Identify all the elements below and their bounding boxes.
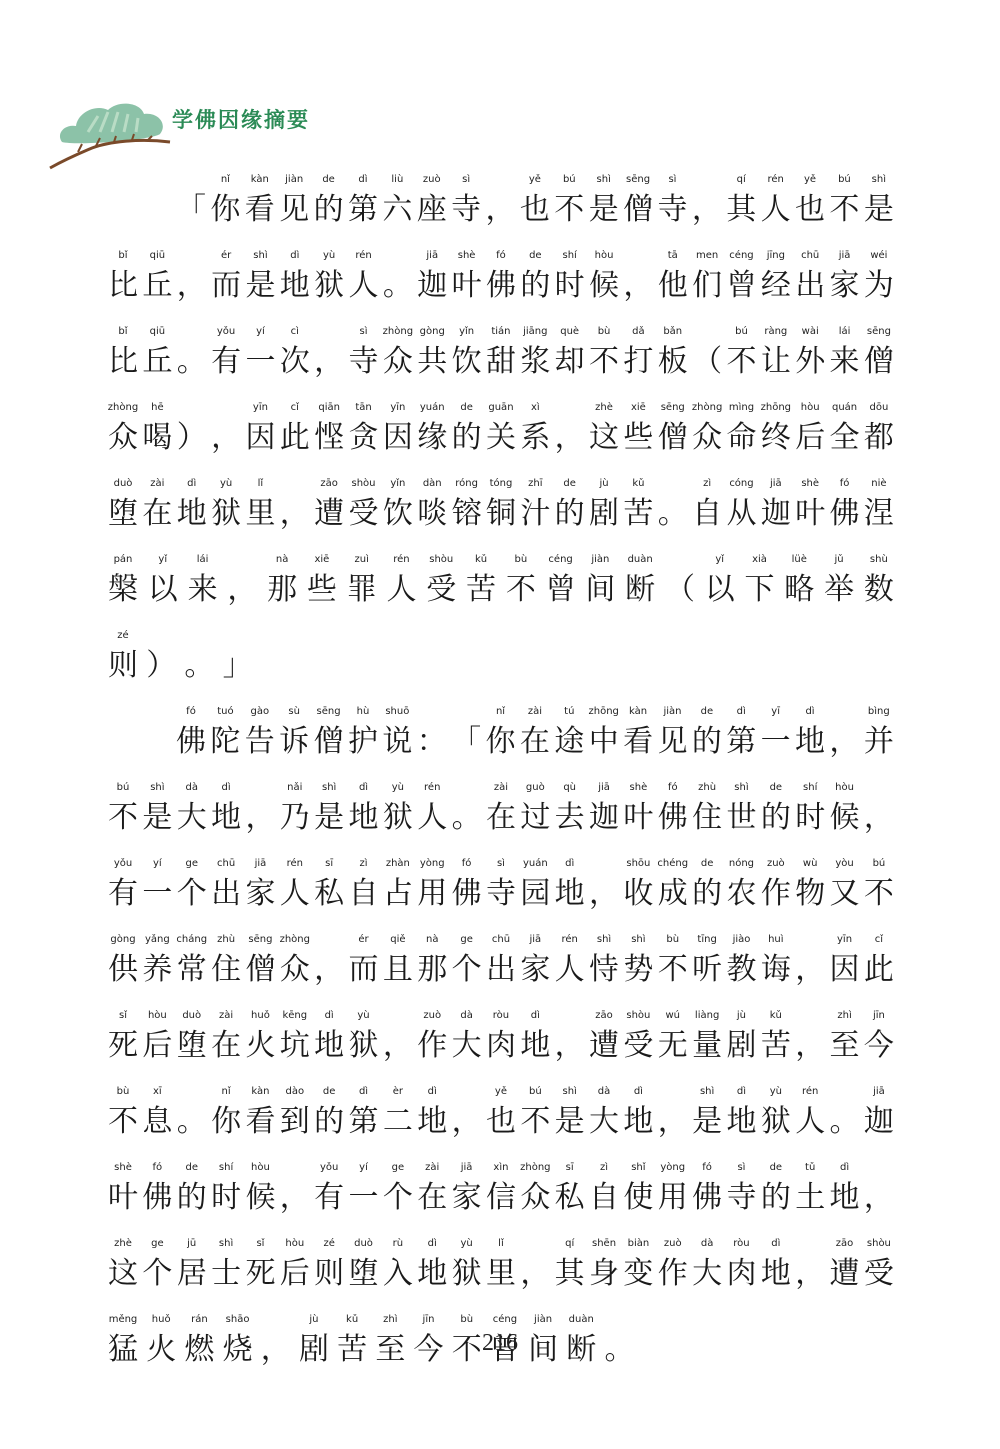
- hanzi: 有: [211, 340, 241, 384]
- pinyin: nóng: [729, 856, 754, 872]
- character-with-pinyin: dà大: [450, 1008, 484, 1068]
- pinyin: tān: [355, 400, 371, 416]
- hanzi: 剧: [726, 1024, 756, 1068]
- character-with-pinyin: shì是: [140, 780, 174, 840]
- hanzi: 物: [795, 872, 825, 916]
- character-with-pinyin: fó佛: [690, 1160, 724, 1220]
- hanzi: 中: [589, 720, 619, 764]
- pinyin: fó: [840, 476, 850, 492]
- pinyin: bú: [563, 172, 576, 188]
- hanzi: 曾: [726, 264, 756, 308]
- character-with-pinyin: lái来: [828, 324, 862, 384]
- pinyin: jiā: [770, 476, 782, 492]
- hanzi: 却: [555, 340, 585, 384]
- pinyin: sī: [325, 856, 333, 872]
- character-with-pinyin: hòu后: [793, 400, 827, 460]
- pinyin: shōu: [626, 856, 650, 872]
- hanzi: 坑: [280, 1024, 310, 1068]
- hanzi: 也: [486, 1100, 516, 1144]
- hanzi: 住: [692, 796, 722, 840]
- character-with-pinyin: chū出: [484, 932, 518, 992]
- pinyin: de: [460, 400, 473, 416]
- hanzi: 。: [177, 1100, 207, 1144]
- pinyin: kēng: [282, 1008, 307, 1024]
- character-with-pinyin: qiān悭: [312, 400, 346, 460]
- hanzi: 比: [108, 264, 138, 308]
- hanzi: 一: [142, 872, 172, 916]
- pinyin: yě: [529, 172, 541, 188]
- character-with-pinyin: zhè这: [106, 1236, 140, 1296]
- pinyin: sēng: [248, 932, 272, 948]
- character-with-pinyin: zuò作: [656, 1236, 690, 1296]
- character-with-pinyin: duò堕: [347, 1236, 381, 1296]
- hanzi: 数: [864, 568, 894, 612]
- character-with-pinyin: rén人: [759, 172, 793, 232]
- character-with-pinyin: yě也: [518, 172, 552, 232]
- hanzi: 们: [692, 264, 722, 308]
- pinyin: xiē: [314, 552, 329, 568]
- punctuation: ，: [862, 1160, 896, 1220]
- character-with-pinyin: zāo遭: [587, 1008, 621, 1068]
- hanzi: 信: [486, 1176, 516, 1220]
- pinyin: shì: [872, 172, 886, 188]
- pinyin: ér: [358, 932, 368, 948]
- punctuation: ，: [278, 1160, 312, 1220]
- hanzi: 板: [658, 340, 688, 384]
- character-with-pinyin: chū出: [793, 248, 827, 308]
- hanzi: 地: [830, 1176, 860, 1220]
- pinyin: shì: [597, 932, 611, 948]
- pinyin: huǒ: [251, 1008, 270, 1024]
- pinyin: shè: [630, 780, 648, 796]
- pinyin: nǐ: [496, 704, 505, 720]
- hanzi: ，: [555, 1024, 585, 1068]
- hanzi: 经: [761, 264, 791, 308]
- text-line: shè叶fó佛de的shí时hòu候，yǒu有yí一ge个zài在jiā家xìn…: [106, 1144, 896, 1220]
- pinyin: jù: [737, 1008, 746, 1024]
- hanzi: 肉: [486, 1024, 516, 1068]
- pinyin: yù: [392, 780, 404, 796]
- character-with-pinyin: zài在: [209, 1008, 243, 1068]
- character-with-pinyin: hòu候: [243, 1160, 277, 1220]
- character-with-pinyin: zhì至: [828, 1008, 862, 1068]
- pinyin: jiàn: [285, 172, 303, 188]
- pinyin: bù: [598, 324, 611, 340]
- character-with-pinyin: tián甜: [484, 324, 518, 384]
- hanzi: 苦: [761, 1024, 791, 1068]
- hanzi: 你: [486, 720, 516, 764]
- hanzi: 不: [864, 872, 894, 916]
- hanzi: 今: [864, 1024, 894, 1068]
- pinyin: zhè: [114, 1236, 132, 1252]
- hanzi: 是: [864, 188, 894, 232]
- hanzi: 迦: [761, 492, 791, 536]
- pinyin: fó: [668, 780, 678, 796]
- pinyin: zhì: [837, 1008, 851, 1024]
- hanzi: 因: [830, 948, 860, 992]
- pinyin: xī: [153, 1084, 162, 1100]
- hanzi: 涅: [864, 492, 894, 536]
- pinyin: duàn: [628, 552, 653, 568]
- character-with-pinyin: yīn因: [828, 932, 862, 992]
- pinyin: què: [560, 324, 579, 340]
- pinyin: kǔ: [346, 1312, 358, 1328]
- character-with-pinyin: de的: [690, 856, 724, 916]
- character-with-pinyin: jiāng浆: [518, 324, 552, 384]
- hanzi: 众: [383, 340, 413, 384]
- text-line: bú不shì是dà大dì地，nǎi乃shì是dì地yù狱rén人。zài在guò…: [106, 764, 896, 840]
- character-with-pinyin: pán槃: [106, 552, 140, 612]
- hanzi: 人: [555, 948, 585, 992]
- pinyin: dì: [771, 1236, 780, 1252]
- pinyin: jīn: [423, 1312, 435, 1328]
- character-with-pinyin: qí其: [553, 1236, 587, 1296]
- pinyin: zé: [323, 1236, 334, 1252]
- pinyin: yǒu: [217, 324, 235, 340]
- pinyin: zuò: [767, 856, 785, 872]
- hanzi: 家: [245, 872, 275, 916]
- character-with-pinyin: xiē些: [621, 400, 655, 460]
- character-with-pinyin: shí时: [793, 780, 827, 840]
- character-with-pinyin: quán全: [828, 400, 862, 460]
- punctuation: ，: [225, 552, 259, 612]
- hanzi: 受: [349, 492, 379, 536]
- hanzi: 因: [245, 416, 275, 460]
- character-with-pinyin: gòng供: [106, 932, 140, 992]
- character-with-pinyin: wéi为: [862, 248, 896, 308]
- pinyin: rén: [355, 248, 371, 264]
- character-with-pinyin: cì次: [278, 324, 312, 384]
- hanzi: 诉: [279, 720, 309, 764]
- character-with-pinyin: rén人: [793, 1084, 827, 1144]
- hanzi: 量: [692, 1024, 722, 1068]
- hanzi: 受: [426, 568, 456, 612]
- hanzi: 地: [211, 796, 241, 840]
- character-with-pinyin: qiū丘: [140, 248, 174, 308]
- hanzi: 剧: [589, 492, 619, 536]
- pinyin: kǔ: [770, 1008, 782, 1024]
- character-with-pinyin: hòu后: [140, 1008, 174, 1068]
- pinyin: tuó: [217, 704, 233, 720]
- punctuation: ，: [621, 248, 655, 308]
- hanzi: 丘: [142, 340, 172, 384]
- pinyin: zì: [360, 856, 368, 872]
- pinyin: nǐ: [222, 1084, 231, 1100]
- character-with-pinyin: yuán缘: [415, 400, 449, 460]
- pinyin: kàn: [251, 172, 269, 188]
- pinyin: rén: [393, 552, 409, 568]
- pinyin: jiā: [839, 248, 851, 264]
- hanzi: 你: [210, 188, 240, 232]
- character-with-pinyin: sù诉: [277, 704, 311, 764]
- hanzi: 地: [555, 872, 585, 916]
- hanzi: 看: [245, 188, 275, 232]
- punctuation: ，: [312, 932, 346, 992]
- pinyin: dì: [428, 1236, 437, 1252]
- character-with-pinyin: rén人: [415, 780, 449, 840]
- pinyin: shí: [563, 248, 577, 264]
- pinyin: qí: [565, 1236, 574, 1252]
- character-with-pinyin: dào到: [278, 1084, 312, 1144]
- pinyin: quán: [832, 400, 857, 416]
- hanzi: 住: [211, 948, 241, 992]
- text-line: pán槃yǐ以lái来，nà那xiē些zuì罪rén人shòu受kǔ苦bù不cé…: [106, 536, 896, 612]
- pinyin: de: [322, 172, 335, 188]
- pinyin: sī: [566, 1160, 574, 1176]
- pinyin: zhōng: [761, 400, 791, 416]
- pinyin: rén: [802, 1084, 818, 1100]
- character-with-pinyin: bú不: [552, 172, 586, 232]
- hanzi: ，: [692, 188, 722, 232]
- hanzi: 并: [864, 720, 894, 764]
- hanzi: 人: [386, 568, 416, 612]
- character-with-pinyin: jiàn见: [277, 172, 311, 232]
- hanzi: 铜: [486, 492, 516, 536]
- punctuation: ，: [484, 172, 518, 232]
- punctuation: ，: [381, 1008, 415, 1068]
- pinyin: zhù: [698, 780, 716, 796]
- character-with-pinyin: dì地: [312, 1008, 346, 1068]
- hanzi: ，: [280, 1176, 310, 1220]
- punctuation: ，: [793, 932, 827, 992]
- hanzi: 一: [245, 340, 275, 384]
- character-with-pinyin: shì世: [724, 780, 758, 840]
- character-with-pinyin: liù六: [380, 172, 414, 232]
- hanzi: 饮: [452, 340, 482, 384]
- pinyin: yí: [256, 324, 265, 340]
- hanzi: ，: [795, 1252, 825, 1296]
- pinyin: zhù: [217, 932, 235, 948]
- punctuation: 。: [175, 324, 209, 384]
- hanzi: 命: [726, 416, 756, 460]
- hanzi: 汁: [520, 492, 550, 536]
- hanzi: 在: [486, 796, 516, 840]
- character-with-pinyin: jiàn见: [655, 704, 689, 764]
- punctuation: 。: [381, 248, 415, 308]
- pinyin: shù: [870, 552, 888, 568]
- pinyin: dì: [531, 1008, 540, 1024]
- hanzi: 地: [520, 1024, 550, 1068]
- hanzi: 个: [177, 872, 207, 916]
- character-with-pinyin: shòu受: [621, 1008, 655, 1068]
- character-with-pinyin: bù不: [656, 932, 690, 992]
- character-with-pinyin: sǐ死: [106, 1008, 140, 1068]
- hanzi: 自: [349, 872, 379, 916]
- character-with-pinyin: huǒ火: [243, 1008, 277, 1068]
- hanzi: 人: [280, 872, 310, 916]
- pinyin: dōu: [870, 400, 889, 416]
- character-with-pinyin: yù狱: [450, 1236, 484, 1296]
- hanzi: 佛: [658, 796, 688, 840]
- hanzi: 世: [726, 796, 756, 840]
- character-with-pinyin: bù不: [587, 324, 621, 384]
- character-with-pinyin: shòu受: [424, 552, 458, 612]
- pinyin: jiàn: [663, 704, 681, 720]
- pinyin: zài: [219, 1008, 233, 1024]
- character-with-pinyin: kàn看: [243, 1084, 277, 1144]
- character-with-pinyin: ròu肉: [724, 1236, 758, 1296]
- punctuation: ，: [553, 400, 587, 460]
- hanzi: 候: [830, 796, 860, 840]
- hanzi: 不: [829, 188, 859, 232]
- hanzi: 你: [211, 1100, 241, 1144]
- character-with-pinyin: chū出: [209, 856, 243, 916]
- hanzi: 入: [383, 1252, 413, 1296]
- character-with-pinyin: yòu又: [828, 856, 862, 916]
- pinyin: dà: [598, 1084, 610, 1100]
- hanzi: 因: [383, 416, 413, 460]
- pinyin: yǐ: [715, 552, 724, 568]
- hanzi: 寺: [726, 1176, 756, 1220]
- pinyin: hòu: [251, 1160, 270, 1176]
- hanzi: 略: [784, 568, 814, 612]
- pinyin: gòng: [420, 324, 445, 340]
- pinyin: zhòng: [280, 932, 310, 948]
- hanzi: 座: [417, 188, 447, 232]
- character-with-pinyin: sēng僧: [862, 324, 896, 384]
- pinyin: xìn: [493, 1160, 508, 1176]
- punctuation: 。: [450, 780, 484, 840]
- character-with-pinyin: sì寺: [724, 1160, 758, 1220]
- character-with-pinyin: zhù住: [690, 780, 724, 840]
- hanzi: 一: [761, 720, 791, 764]
- character-with-pinyin: yǎng养: [140, 932, 174, 992]
- character-with-pinyin: gòng共: [415, 324, 449, 384]
- pinyin: shì: [700, 1084, 714, 1100]
- hanzi: 出: [211, 872, 241, 916]
- hanzi: 是: [692, 1100, 722, 1144]
- pinyin: bù: [514, 552, 527, 568]
- hanzi: 苦: [623, 492, 653, 536]
- hanzi: ，: [211, 416, 241, 460]
- hanzi: 的: [452, 416, 482, 460]
- character-with-pinyin: duò堕: [175, 1008, 209, 1068]
- pinyin: jiā: [873, 1084, 885, 1100]
- text-line: bù不xī息。nǐ你kàn看dào到de的dì第èr二dì地，yě也bú不shì…: [106, 1068, 896, 1144]
- hanzi: 丘: [142, 264, 172, 308]
- character-with-pinyin: zhōng中: [587, 704, 621, 764]
- pinyin: dì: [737, 704, 746, 720]
- character-with-pinyin: lǐ里: [484, 1236, 518, 1296]
- pinyin: chū: [492, 932, 510, 948]
- hanzi: 堕: [108, 492, 138, 536]
- hanzi: 众: [280, 948, 310, 992]
- character-with-pinyin: zhè这: [587, 400, 621, 460]
- pinyin: yīn: [390, 400, 405, 416]
- pinyin: bǐ: [118, 248, 127, 264]
- hanzi: 的: [761, 1176, 791, 1220]
- pinyin: rù: [393, 1236, 403, 1252]
- pinyin: zài: [425, 1160, 439, 1176]
- character-with-pinyin: men们: [690, 248, 724, 308]
- pinyin: pán: [114, 552, 133, 568]
- hanzi: 成: [658, 872, 688, 916]
- pinyin: sì: [737, 1160, 745, 1176]
- pinyin: jiāng: [523, 324, 547, 340]
- pinyin: cóng: [729, 476, 753, 492]
- character-with-pinyin: sī私: [312, 856, 346, 916]
- hanzi: 寺: [349, 340, 379, 384]
- pinyin: yīn: [253, 400, 268, 416]
- hanzi: 乃: [280, 796, 310, 840]
- pinyin: rén: [767, 172, 783, 188]
- character-with-pinyin: nǐ你: [209, 1084, 243, 1144]
- character-with-pinyin: mìng命: [724, 400, 758, 460]
- hanzi: 里: [245, 492, 275, 536]
- hanzi: 地: [314, 1024, 344, 1068]
- hanzi: 大: [177, 796, 207, 840]
- hanzi: 佛: [486, 264, 516, 308]
- pinyin: dào: [286, 1084, 305, 1100]
- hanzi: 寺: [486, 872, 516, 916]
- pinyin: bù: [666, 932, 679, 948]
- pinyin: lái: [197, 552, 209, 568]
- character-with-pinyin: ràng让: [759, 324, 793, 384]
- pinyin: dà: [185, 780, 197, 796]
- hanzi: 浆: [520, 340, 550, 384]
- hanzi: 曾: [546, 568, 576, 612]
- pinyin: de: [701, 704, 714, 720]
- text-line: 「nǐ你kàn看jiàn见de的dì第liù六zuò座sì寺，yě也bú不shì…: [106, 156, 896, 232]
- hanzi: 地: [349, 796, 379, 840]
- hanzi: 是: [314, 796, 344, 840]
- pinyin: ge: [392, 1160, 405, 1176]
- pinyin: nà: [276, 552, 288, 568]
- character-with-pinyin: zhòng众: [381, 324, 415, 384]
- character-with-pinyin: zì自: [587, 1160, 621, 1220]
- pinyin: jiàn: [591, 552, 609, 568]
- character-with-pinyin: hòu后: [278, 1236, 312, 1296]
- hanzi: 且: [383, 948, 413, 992]
- character-with-pinyin: yù狱: [381, 780, 415, 840]
- character-with-pinyin: yīn因: [243, 400, 277, 460]
- character-with-pinyin: yù狱: [347, 1008, 381, 1068]
- pinyin: yòng: [660, 1160, 685, 1176]
- hanzi: 地: [761, 1252, 791, 1296]
- hanzi: 全: [830, 416, 860, 460]
- pinyin: shí: [219, 1160, 233, 1176]
- character-with-pinyin: yǒu有: [312, 1160, 346, 1220]
- pinyin: shǐ: [631, 1160, 645, 1176]
- hanzi: 都: [864, 416, 894, 460]
- hanzi: 供: [108, 948, 138, 992]
- hanzi: 。: [184, 644, 214, 688]
- character-with-pinyin: dà大: [175, 780, 209, 840]
- character-with-pinyin: jù剧: [587, 476, 621, 536]
- pinyin: kǔ: [475, 552, 487, 568]
- pinyin: jiā: [461, 1160, 473, 1176]
- character-with-pinyin: zhòng众: [518, 1160, 552, 1220]
- pinyin: dì: [359, 1084, 368, 1100]
- pinyin: èr: [393, 1084, 403, 1100]
- character-with-pinyin: bú不: [106, 780, 140, 840]
- hanzi: 用: [417, 872, 447, 916]
- pinyin: de: [770, 1160, 783, 1176]
- character-with-pinyin: fó佛: [450, 856, 484, 916]
- hanzi: ）: [177, 416, 207, 460]
- hanzi: 这: [108, 1252, 138, 1296]
- character-with-pinyin: zé则: [106, 628, 140, 688]
- hanzi: 这: [589, 416, 619, 460]
- pinyin: shè: [801, 476, 819, 492]
- hanzi: 诲: [761, 948, 791, 992]
- hanzi: 家: [520, 948, 550, 992]
- pinyin: bú: [873, 856, 886, 872]
- character-with-pinyin: yě也: [793, 172, 827, 232]
- punctuation: 。: [182, 628, 216, 688]
- pinyin: rén: [287, 856, 303, 872]
- character-with-pinyin: jiào教: [724, 932, 758, 992]
